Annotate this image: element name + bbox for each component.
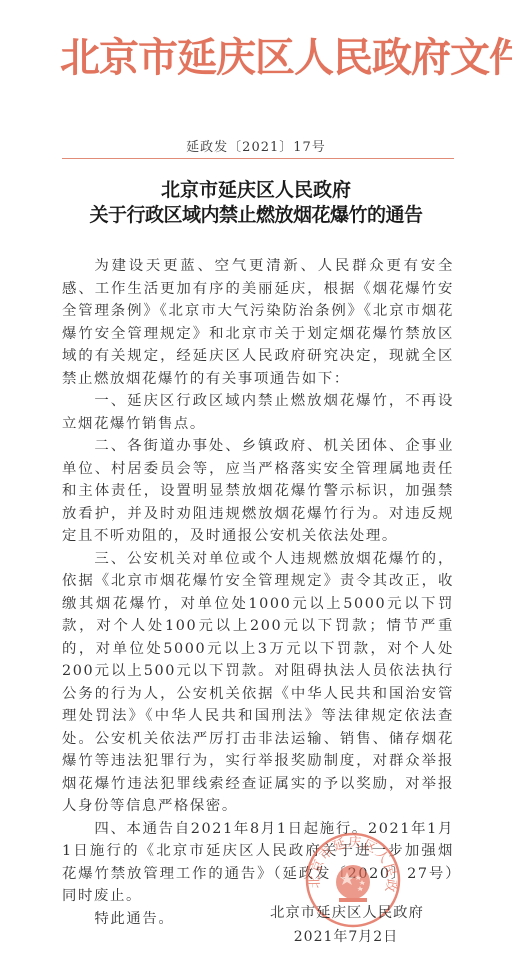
paragraph-item-1: 一、延庆区行政区域内禁止燃放烟花爆竹，不再设立烟花爆竹销售点。 <box>62 390 454 435</box>
notice-title-line-2: 关于行政区域内禁止燃放烟花爆竹的通告 <box>0 202 512 228</box>
document-number: 延政发〔2021〕17号 <box>0 139 512 157</box>
issuer-signature: 北京市延庆区人民政府 <box>270 902 422 924</box>
paragraph-preamble: 为建设天更蓝、空气更清新、人民群众更有安全感、工作生活更加有序的美丽延庆，根据《… <box>62 255 454 390</box>
paragraph-item-2: 二、各街道办事处、乡镇政府、机关团体、企事业单位、村居委员会等，应当严格落实安全… <box>62 435 454 548</box>
notice-body: 为建设天更蓝、空气更清新、人民群众更有安全感、工作生活更加有序的美丽延庆，根据《… <box>62 255 454 930</box>
red-divider-rule <box>62 158 454 159</box>
masthead-title: 北京市延庆区人民政府文件 <box>60 28 456 88</box>
paragraph-item-3: 三、公安机关对单位或个人违规燃放烟花爆竹的，依据《北京市烟花爆竹安全管理规定》责… <box>62 548 454 818</box>
issue-date: 2021年7月2日 <box>270 926 422 948</box>
notice-title-line-1: 北京市延庆区人民政府 <box>0 178 512 202</box>
